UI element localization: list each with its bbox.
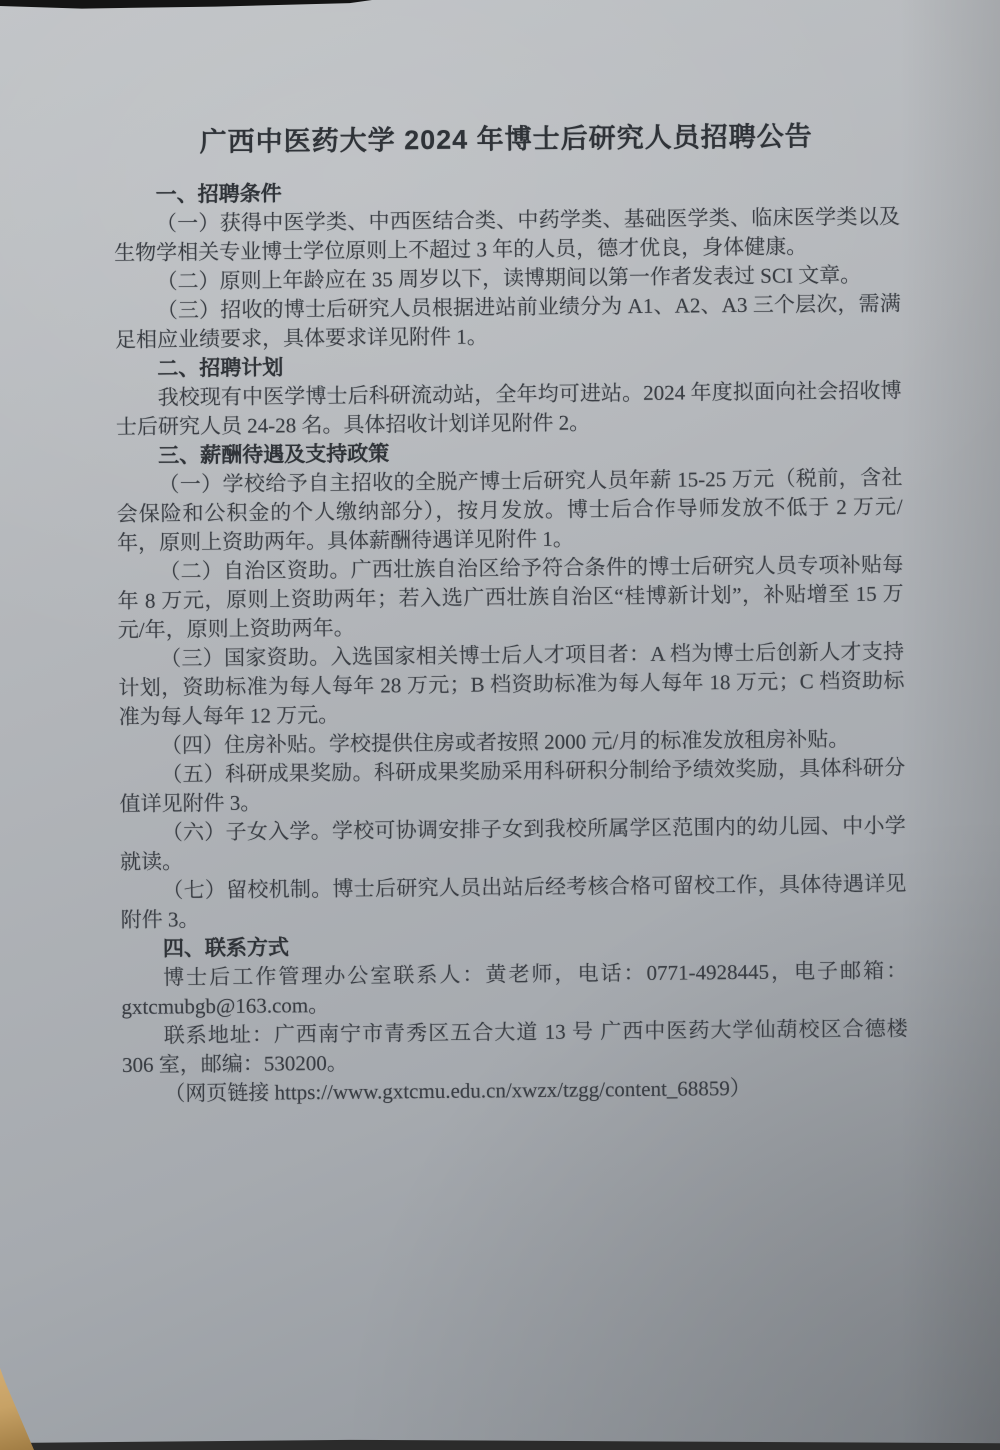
section-recruitment-plan: 二、招聘计划 我校现有中医学博士后科研流动站，全年均可进站。2024 年度拟面向…	[115, 347, 902, 442]
paragraph: （六）子女入学。学校可协调安排子女到我校所属学区范围内的幼儿园、中小学就读。	[120, 811, 907, 877]
photo-background: 广西中医药大学 2024 年博士后研究人员招聘公告 一、招聘条件 （一）获得中医…	[0, 0, 1000, 1450]
paragraph: （一）学校给予自主招收的全脱产博士后研究人员年薪 15-25 万元（税前，含社会…	[116, 463, 903, 558]
document-title: 广西中医药大学 2024 年博士后研究人员招聘公告	[113, 116, 899, 162]
paragraph-contact-address: 联系地址：广西南宁市青秀区五合大道 13 号 广西中医药大学仙葫校区合德楼 30…	[122, 1014, 909, 1080]
paragraph: （七）留校机制。博士后研究人员出站后经考核合格可留校工作，具体待遇详见附件 3。	[120, 869, 907, 935]
paragraph: （二）自治区资助。广西壮族自治区给予符合条件的博士后研究人员专项补贴每年 8 万…	[117, 550, 904, 645]
paragraph-contact-person: 博士后工作管理办公室联系人：黄老师，电话：0771-4928445，电子邮箱：g…	[121, 956, 908, 1022]
paragraph: （三）招收的博士后研究人员根据进站前业绩分为 A1、A2、A3 三个层次，需满足…	[115, 289, 902, 355]
paragraph: （一）获得中医学类、中西医结合类、中药学类、基础医学类、临床医学类以及生物学相关…	[114, 202, 901, 268]
paragraph: （五）科研成果奖励。科研成果奖励采用科研积分制给予绩效奖励，具体科研分值详见附件…	[119, 753, 906, 819]
section-salary-and-support: 三、薪酬待遇及支持政策 （一）学校给予自主招收的全脱产博士后研究人员年薪 15-…	[116, 434, 907, 935]
paragraph: 我校现有中医学博士后科研流动站，全年均可进站。2024 年度拟面向社会招收博士后…	[115, 376, 902, 442]
section-recruitment-conditions: 一、招聘条件 （一）获得中医学类、中西医结合类、中药学类、基础医学类、临床医学类…	[114, 173, 902, 355]
document-content: 广西中医药大学 2024 年博士后研究人员招聘公告 一、招聘条件 （一）获得中医…	[113, 116, 908, 1108]
paragraph: （三）国家资助。入选国家相关博士后人才项目者：A 档为博士后创新人才支持计划，资…	[118, 637, 905, 732]
section-contact-info: 四、联系方式 博士后工作管理办公室联系人：黄老师，电话：0771-4928445…	[121, 927, 909, 1109]
